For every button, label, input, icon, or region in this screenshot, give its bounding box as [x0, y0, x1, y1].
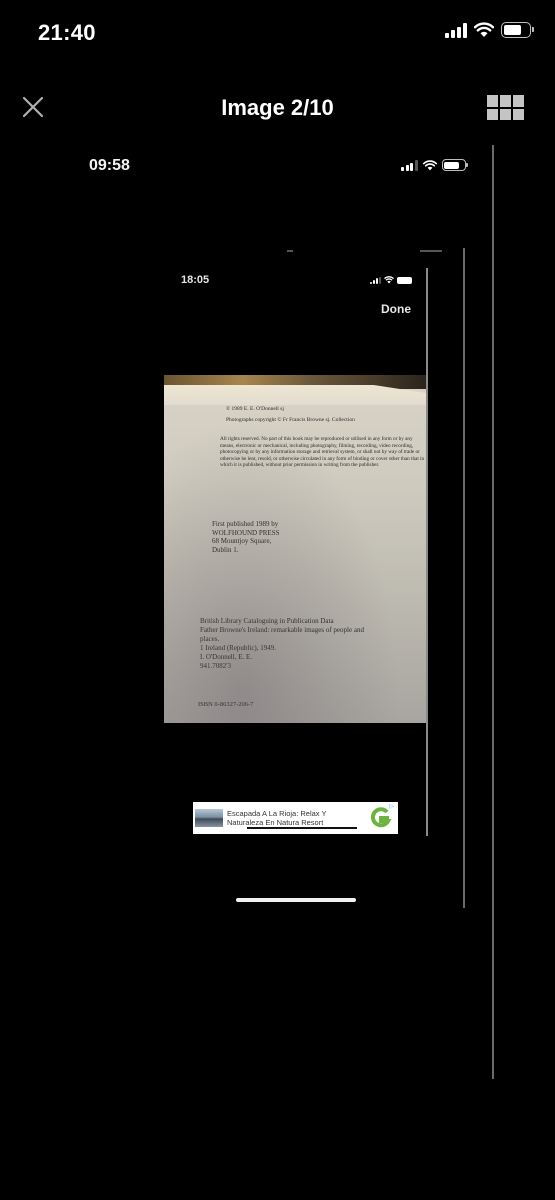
catalogue-block: British Library Cataloguing in Publicati…: [200, 617, 364, 671]
page-edge: [164, 385, 426, 405]
inner-status-time: 09:58: [89, 157, 130, 175]
publisher-block: First published 1989 by WOLFHOUND PRESS …: [212, 520, 279, 554]
battery-icon: [501, 22, 531, 38]
grid-view-button[interactable]: [487, 95, 524, 120]
cellular-signal-icon: [370, 277, 381, 284]
catalogue-line: 1 Ireland (Republic), 1949.: [200, 644, 364, 653]
divider-line: [287, 250, 293, 252]
ad-text: Escapada A La Rioja: Relax Y Naturaleza …: [227, 809, 367, 828]
catalogue-line: British Library Cataloguing in Publicati…: [200, 617, 364, 626]
grid-cell: [513, 95, 524, 107]
publisher-line: Dublin 1.: [212, 546, 279, 555]
viewer-header: Image 2/10: [0, 80, 555, 136]
divider-line: [492, 145, 494, 1079]
nested-status-time: 18:05: [181, 274, 209, 286]
status-time: 21:40: [38, 20, 96, 46]
divider-line: [463, 248, 465, 908]
wifi-icon: [474, 22, 494, 38]
battery-icon: [442, 159, 466, 171]
isbn: ISBN 0-86327-206-7: [198, 701, 253, 708]
ad-line-1: Escapada A La Rioja: Relax Y: [227, 809, 367, 819]
book-page-photo: © 1989 E. E. O'Donnell sj Photographs co…: [164, 375, 426, 723]
home-indicator[interactable]: [236, 898, 356, 902]
catalogue-line: 941.7082'3: [200, 662, 364, 671]
rights-text: All rights reserved. No part of this boo…: [220, 436, 425, 469]
catalogue-line: places.: [200, 635, 364, 644]
adchoices-icon[interactable]: ▷: [389, 803, 394, 810]
ad-line-2: Naturaleza En Natura Resort: [227, 818, 367, 828]
ad-thumbnail: [195, 809, 223, 827]
ad-banner[interactable]: Escapada A La Rioja: Relax Y Naturaleza …: [193, 802, 398, 834]
done-button[interactable]: Done: [381, 302, 411, 316]
cellular-signal-icon: [445, 22, 467, 38]
catalogue-line: Father Browne's Ireland: remarkable imag…: [200, 626, 364, 635]
grid-cell: [513, 109, 524, 121]
nested-status-icons: [370, 276, 412, 284]
cellular-signal-icon: [401, 160, 418, 171]
publisher-line: WOLFHOUND PRESS: [212, 529, 279, 538]
divider-line: [420, 250, 442, 252]
grid-cell: [500, 109, 511, 121]
catalogue-line: I. O'Donnell, E. E.: [200, 653, 364, 662]
image-viewer-screen: 21:40 Image 2/10 09:58: [0, 0, 555, 1200]
copyright-line: © 1989 E. E. O'Donnell sj: [226, 406, 284, 412]
inner-status-icons: [401, 159, 466, 171]
publisher-line: First published 1989 by: [212, 520, 279, 529]
battery-icon: [397, 277, 412, 284]
wifi-icon: [423, 160, 437, 171]
viewer-title: Image 2/10: [0, 95, 555, 121]
photo-copyright-line: Photographs copyright © Fr Francis Brown…: [226, 417, 355, 423]
grid-cell: [487, 109, 498, 121]
status-icons: [445, 22, 531, 38]
status-bar: 21:40: [0, 0, 555, 66]
grid-view-icon: [487, 95, 498, 107]
grid-cell: [500, 95, 511, 107]
wifi-icon: [384, 276, 394, 284]
divider-line: [426, 268, 428, 836]
publisher-line: 68 Mountjoy Square,: [212, 537, 279, 546]
